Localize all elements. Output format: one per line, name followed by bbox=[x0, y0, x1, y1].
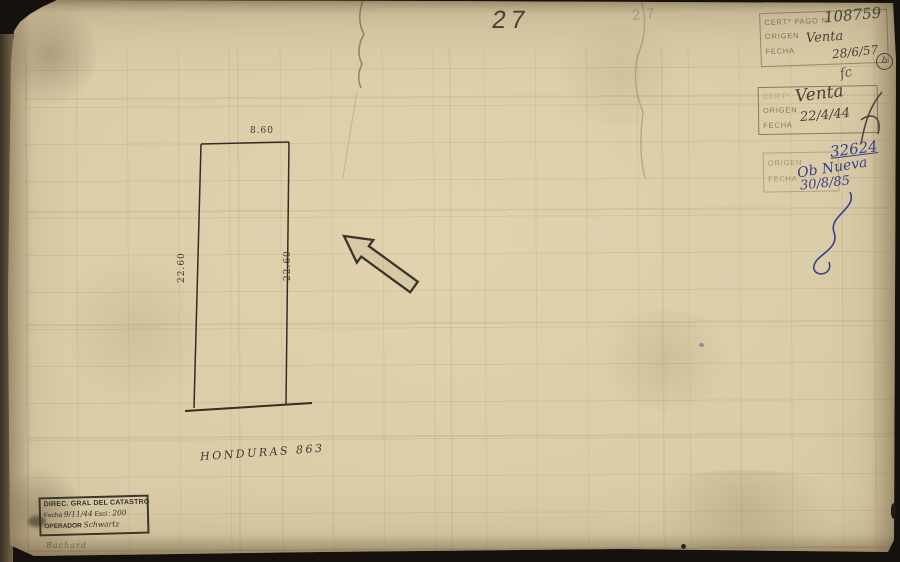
pencil-note-bottom: Bachard bbox=[46, 541, 87, 550]
catastro-operator-label: OPERADOR bbox=[44, 522, 82, 530]
stamp-catastro: DIREC. GRAL DEL CATASTRO Fecha 9/11/44 E… bbox=[39, 495, 150, 537]
paper: 8.60 22.60 22.60 HONDURAS 863 27 27 CERT… bbox=[0, 0, 900, 562]
paper-creases bbox=[0, 0, 900, 562]
scanned-cadastral-sheet: 8.60 22.60 22.60 HONDURAS 863 27 27 CERT… bbox=[0, 0, 900, 562]
page-number: 27 bbox=[490, 6, 532, 35]
signature-flourish bbox=[788, 190, 880, 278]
catastro-scale-label: Escl : bbox=[95, 511, 111, 518]
catastro-date-value: 9/11/44 bbox=[64, 509, 93, 519]
plot-width-label: 8.60 bbox=[232, 126, 292, 136]
catastro-operator-line: OPERADOR Schwartz bbox=[44, 519, 144, 531]
plot-outline bbox=[165, 115, 335, 425]
catastro-date-line: Fecha 9/11/44 Escl : 200 bbox=[44, 508, 144, 520]
plot-depth-left-label: 22.60 bbox=[177, 243, 187, 283]
handwritten-origin-value: Venta bbox=[806, 29, 844, 47]
plot-depth-right-label: 22.60 bbox=[283, 241, 293, 281]
catastro-title: DIREC. GRAL DEL CATASTRO bbox=[44, 499, 144, 509]
catastro-scale-value: 200 bbox=[112, 508, 127, 517]
catastro-date-label: Fecha bbox=[44, 512, 62, 519]
catastro-operator-value: Schwartz bbox=[83, 519, 119, 529]
north-arrow-icon bbox=[335, 226, 427, 300]
page-number-faint: 27 bbox=[631, 5, 661, 24]
